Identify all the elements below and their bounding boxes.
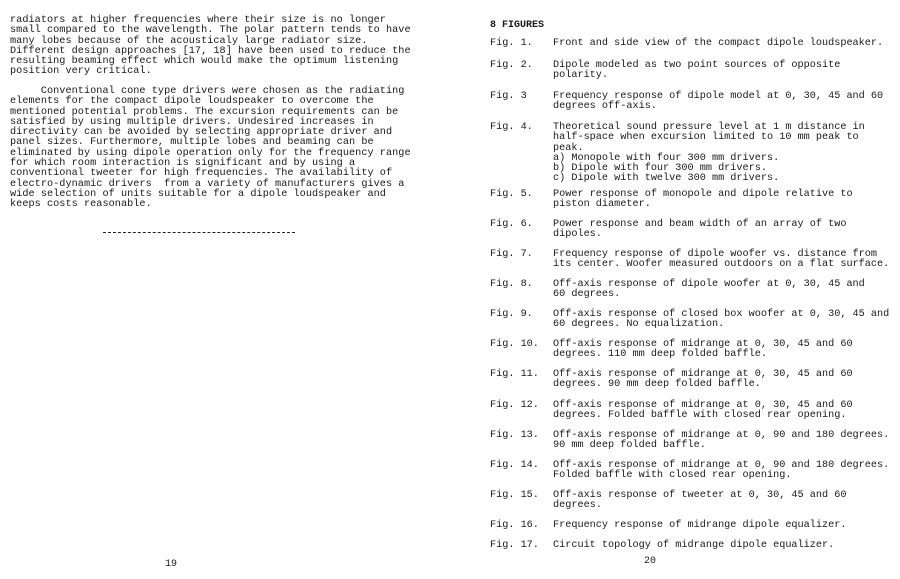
figure-label: Fig. 11. <box>490 370 550 380</box>
figure-text: Off-axis response of tweeter at 0, 30, 4… <box>553 491 846 512</box>
figure-label: Fig. 13. <box>490 431 550 441</box>
figure-text: Front and side view of the compact dipol… <box>553 39 883 49</box>
figure-label: Fig. 15. <box>490 491 550 501</box>
section-divider <box>103 232 295 233</box>
figure-label: Fig. 12. <box>490 401 550 411</box>
figure-label: Fig. 3 <box>490 92 550 102</box>
figure-label: Fig. 17. <box>490 541 550 551</box>
figure-label: Fig. 6. <box>490 220 550 230</box>
figure-label: Fig. 7. <box>490 250 550 260</box>
figure-text: Off-axis response of midrange at 0, 90 a… <box>553 461 889 482</box>
page-number-right: 20 <box>644 556 656 567</box>
figure-text: Power response and beam width of an arra… <box>553 220 846 241</box>
figure-text: Off-axis response of closed box woofer a… <box>553 310 889 331</box>
figure-text: Dipole modeled as two point sources of o… <box>553 61 840 82</box>
figure-text: Off-axis response of dipole woofer at 0,… <box>553 280 865 301</box>
figure-label: Fig. 4. <box>490 123 550 133</box>
figure-text: Off-axis response of midrange at 0, 30, … <box>553 401 853 422</box>
page-number-left: 19 <box>165 559 177 570</box>
paragraph-1: radiators at higher frequencies where th… <box>10 16 411 78</box>
figure-label: Fig. 9. <box>490 310 550 320</box>
figure-text: Off-axis response of midrange at 0, 30, … <box>553 340 853 361</box>
figure-text: Power response of monopole and dipole re… <box>553 190 853 211</box>
left-page: radiators at higher frequencies where th… <box>0 0 440 579</box>
figure-label: Fig. 8. <box>490 280 550 290</box>
figure-text: Frequency response of dipole woofer vs. … <box>553 250 889 271</box>
figure-label: Fig. 14. <box>490 461 550 471</box>
figure-text: Theoretical sound pressure level at 1 m … <box>553 123 865 185</box>
figures-heading: 8 FIGURES <box>490 20 544 31</box>
figure-text: Circuit topology of midrange dipole equa… <box>553 541 834 551</box>
figure-label: Fig. 1. <box>490 39 550 49</box>
figure-text: Frequency response of midrange dipole eq… <box>553 521 846 531</box>
figure-label: Fig. 10. <box>490 340 550 350</box>
figure-text: Frequency response of dipole model at 0,… <box>553 92 883 113</box>
figure-text: Off-axis response of midrange at 0, 30, … <box>553 370 853 391</box>
figure-label: Fig. 5. <box>490 190 550 200</box>
figure-label: Fig. 16. <box>490 521 550 531</box>
right-page: 8 FIGURES Fig. 1. Front and side view of… <box>470 0 900 579</box>
paragraph-2: Conventional cone type drivers were chos… <box>10 87 411 211</box>
figure-label: Fig. 2. <box>490 61 550 71</box>
figure-text: Off-axis response of midrange at 0, 90 a… <box>553 431 889 452</box>
